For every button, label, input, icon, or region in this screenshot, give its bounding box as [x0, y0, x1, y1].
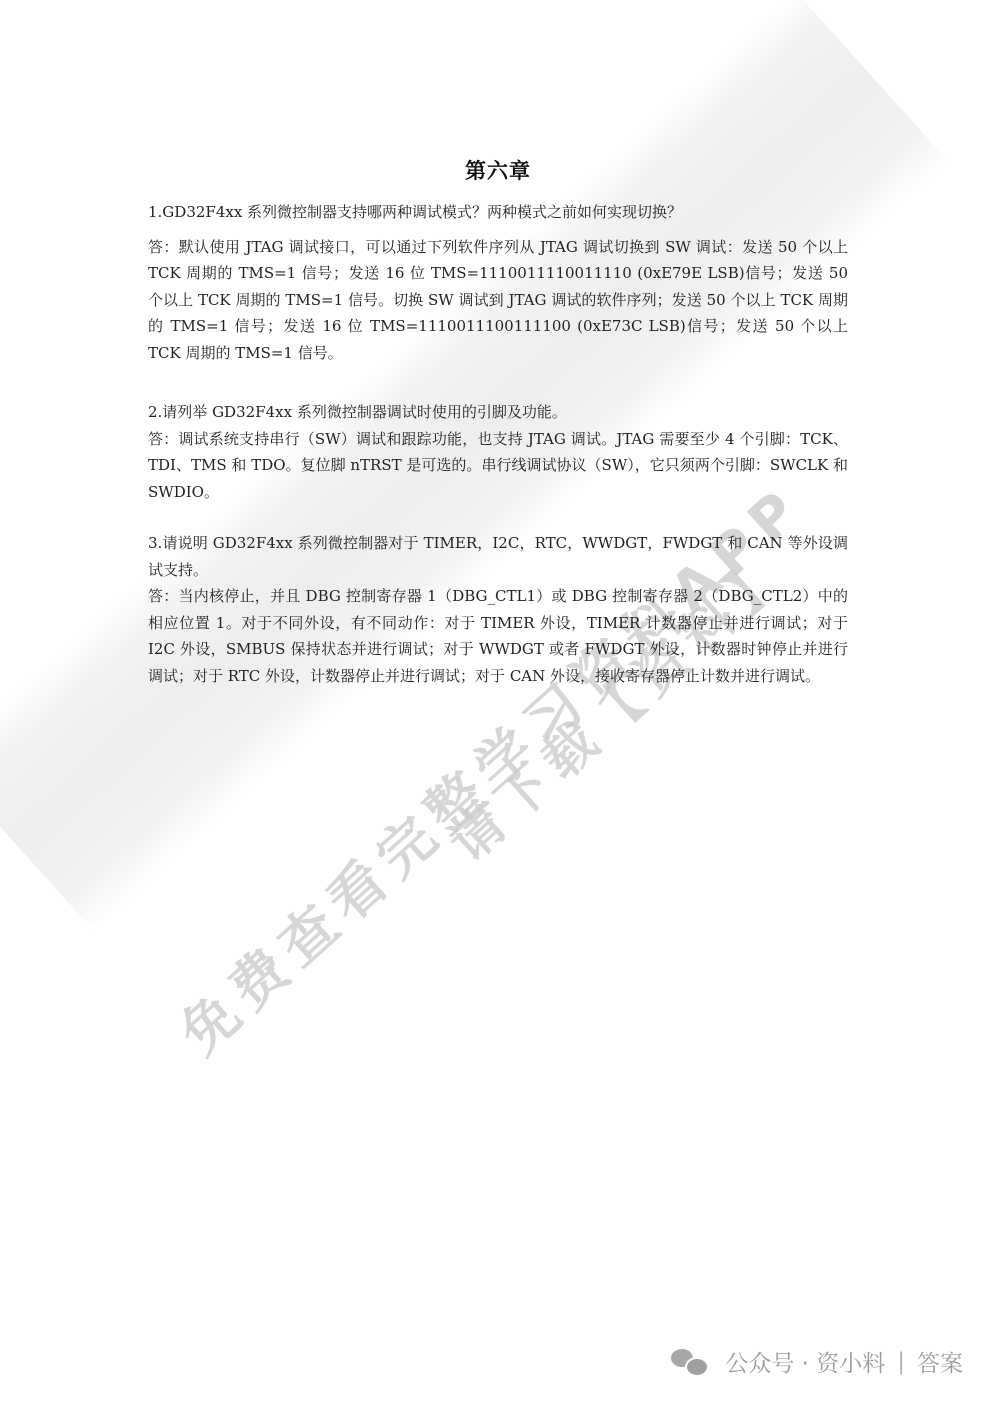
question-2: 2.请列举 GD32F4xx 系列微控制器调试时使用的引脚及功能。	[148, 399, 848, 426]
account-label: 公众号 · 资小料	[725, 1345, 885, 1378]
answer-3: 答：当内核停止，并且 DBG 控制寄存器 1（DBG_CTL1）或 DBG 控制…	[148, 583, 848, 689]
question-3: 3.请说明 GD32F4xx 系列微控制器对于 TIMER，I2C，RTC，WW…	[148, 530, 848, 583]
qa-block-3: 3.请说明 GD32F4xx 系列微控制器对于 TIMER，I2C，RTC，WW…	[148, 530, 848, 689]
qa-block-1: 1.GD32F4xx 系列微控制器支持哪两种调试模式？两种模式之前如何实现切换？…	[148, 199, 848, 366]
footer-separator: |	[897, 1349, 905, 1375]
chapter-title: 第六章	[148, 155, 848, 185]
footer-tag: 答案	[917, 1345, 963, 1378]
qa-block-2: 2.请列举 GD32F4xx 系列微控制器调试时使用的引脚及功能。 答：调试系统…	[148, 399, 848, 505]
answer-1: 答：默认使用 JTAG 调试接口，可以通过下列软件序列从 JTAG 调试切换到 …	[148, 234, 848, 367]
wechat-icon	[671, 1347, 713, 1377]
answer-2: 答：调试系统支持串行（SW）调试和跟踪功能，也支持 JTAG 调试。JTAG 需…	[148, 426, 848, 506]
footer-brand: 公众号 · 资小料 | 答案	[671, 1345, 963, 1378]
question-1: 1.GD32F4xx 系列微控制器支持哪两种调试模式？两种模式之前如何实现切换？	[148, 199, 848, 226]
